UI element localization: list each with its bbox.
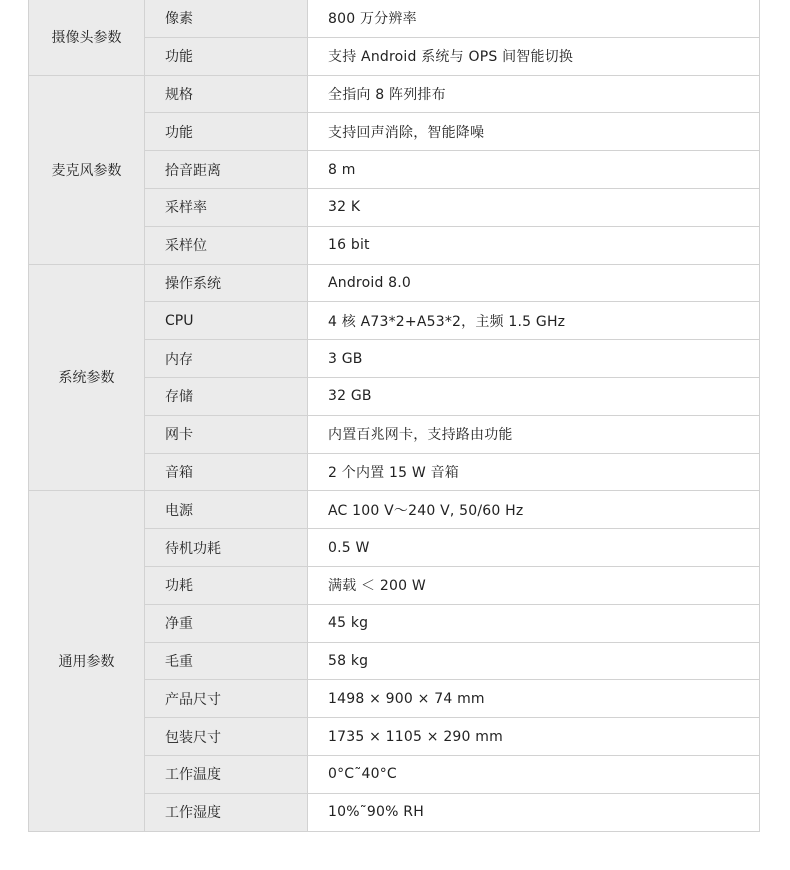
row-value: 32 K (308, 188, 760, 226)
row-value: 4 核 A73*2+A53*2，主频 1.5 GHz (308, 302, 760, 340)
row-label: 采样位 (145, 226, 308, 264)
row-value: 内置百兆网卡，支持路由功能 (308, 415, 760, 453)
row-label: 产品尺寸 (145, 680, 308, 718)
row-label: 像素 (145, 0, 308, 37)
row-label: 包装尺寸 (145, 718, 308, 756)
group-camera-params: 摄像头参数 (29, 0, 145, 75)
row-value: 58 kg (308, 642, 760, 680)
row-value: 8 m (308, 151, 760, 189)
row-label: 音箱 (145, 453, 308, 491)
row-label: 操作系统 (145, 264, 308, 302)
row-value: 3 GB (308, 340, 760, 378)
row-value: 16 bit (308, 226, 760, 264)
group-microphone-params: 麦克风参数 (29, 75, 145, 264)
row-value: AC 100 V～240 V, 50/60 Hz (308, 491, 760, 529)
group-general-params: 通用参数 (29, 491, 145, 831)
row-value: 1498 × 900 × 74 mm (308, 680, 760, 718)
row-value: 0°C˜40°C (308, 755, 760, 793)
row-label: 功耗 (145, 566, 308, 604)
group-system-params: 系统参数 (29, 264, 145, 491)
row-value: 0.5 W (308, 529, 760, 567)
row-value: 800 万分辨率 (308, 0, 760, 37)
row-value: 2 个内置 15 W 音箱 (308, 453, 760, 491)
row-value: 全指向 8 阵列排布 (308, 75, 760, 113)
row-label: 工作温度 (145, 755, 308, 793)
row-value: 32 GB (308, 377, 760, 415)
row-label: 采样率 (145, 188, 308, 226)
row-label: 规格 (145, 75, 308, 113)
row-label: 净重 (145, 604, 308, 642)
row-label: 网卡 (145, 415, 308, 453)
row-value: Android 8.0 (308, 264, 760, 302)
row-value: 支持回声消除，智能降噪 (308, 113, 760, 151)
row-label: 拾音距离 (145, 151, 308, 189)
row-label: 功能 (145, 37, 308, 75)
row-value: 1735 × 1105 × 290 mm (308, 718, 760, 756)
table-row: 系统参数 操作系统 Android 8.0 (29, 264, 760, 302)
row-label: 存储 (145, 377, 308, 415)
row-value: 支持 Android 系统与 OPS 间智能切换 (308, 37, 760, 75)
row-label: 功能 (145, 113, 308, 151)
row-label: 电源 (145, 491, 308, 529)
row-label: 待机功耗 (145, 529, 308, 567)
row-label: CPU (145, 302, 308, 340)
row-label: 工作湿度 (145, 793, 308, 831)
row-label: 内存 (145, 340, 308, 378)
table-row: 麦克风参数 规格 全指向 8 阵列排布 (29, 75, 760, 113)
row-value: 10%˜90% RH (308, 793, 760, 831)
row-value: 满载 ＜ 200 W (308, 566, 760, 604)
table-row: 通用参数 电源 AC 100 V～240 V, 50/60 Hz (29, 491, 760, 529)
row-label: 毛重 (145, 642, 308, 680)
table-row: 摄像头参数 像素 800 万分辨率 (29, 0, 760, 37)
spec-table: 摄像头参数 像素 800 万分辨率 功能 支持 Android 系统与 OPS … (28, 0, 760, 832)
row-value: 45 kg (308, 604, 760, 642)
